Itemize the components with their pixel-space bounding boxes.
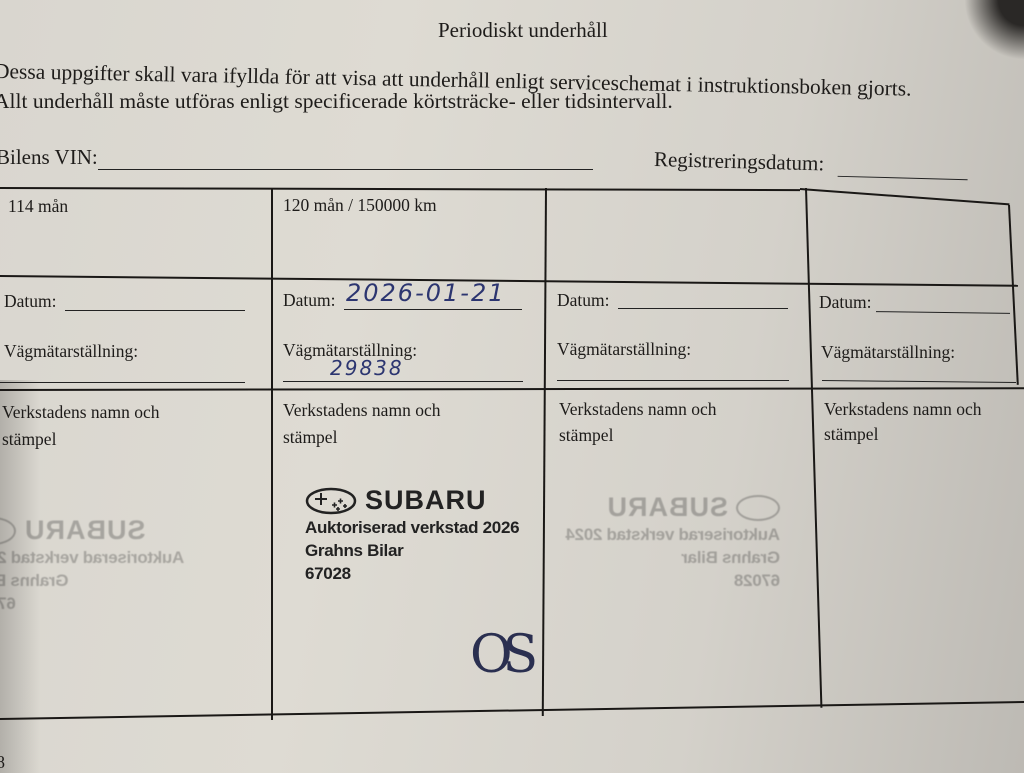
table-border-bottom [0,701,1024,720]
workshop-stamp: SUBARU Auktoriserad verkstad 2026 Grahns… [305,485,519,585]
date-label: Datum: [819,292,872,313]
table-border-top [0,187,800,191]
ghost-stamp-line1: Auktoriserad verkstad 2024 [560,523,780,546]
vin-label: Bilens VIN: [0,145,98,169]
ghost-stamp-line3: 67028 [0,592,210,615]
ghost-stamp-line2: Grahns Bilar [560,546,780,569]
odometer-label: Vägmätarställning: [557,339,691,360]
registration-date-field[interactable]: Registreringsdatum: [654,147,968,180]
odometer-label: Vägmätarställning: [821,342,955,363]
odometer-input-line[interactable] [283,381,523,382]
ghost-stamp-2: SUBARU Auktoriserad verkstad 2024 Grahns… [560,492,780,592]
workshop-label: Verkstadens namn och [283,400,440,421]
stamp-line1: Auktoriserad verkstad 2026 [305,516,519,539]
subaru-logo-icon [0,517,16,545]
stamp-line3: 67028 [305,562,519,585]
ghost-stamp-line1: Auktoriserad verkstad 2026 [0,546,210,569]
workshop-label-2: stämpel [824,424,878,445]
page-shadow [964,0,1024,60]
column-divider-3 [805,188,822,708]
ghost-stamp-1: SUBARU Auktoriserad verkstad 2026 Grahns… [0,515,210,615]
row-divider-2 [0,387,1024,391]
odometer-label: Vägmätarställning: [4,341,138,362]
interval-label: 114 mån [8,196,68,217]
column-divider-2 [542,188,547,716]
subaru-logo-icon [736,495,780,521]
workshop-label: Verkstadens namn och [824,399,981,420]
workshop-label-2: stämpel [559,425,613,446]
date-value-handwritten[interactable]: 2026-01-21 [346,279,505,307]
page-title: Periodiskt underhåll [438,18,608,43]
workshop-label: Verkstadens namn och [559,399,716,420]
ghost-stamp-line2: Grahns Bilar [0,569,210,592]
signature-initials: OS [470,625,528,685]
odometer-value-handwritten[interactable]: 29838 [330,356,404,380]
date-input-line[interactable] [618,308,788,309]
date-label: Datum: [283,290,336,311]
workshop-label-2: stämpel [2,429,56,450]
page-number: 8 [0,752,5,773]
intro-text: Dessa uppgifter skall vara ifyllda för a… [0,56,912,116]
odometer-input-line[interactable] [0,382,245,383]
workshop-label-2: stämpel [283,427,337,448]
date-label: Datum: [557,290,610,311]
ghost-stamp-line3: 67028 [560,569,780,592]
registration-date-label: Registreringsdatum: [654,147,825,175]
column-divider-1 [271,188,273,720]
date-input-line[interactable] [876,311,1010,314]
interval-label: 120 mån / 150000 km [283,195,437,216]
date-label: Datum: [4,291,57,312]
odometer-input-line[interactable] [822,380,1016,383]
subaru-logo-icon [305,487,357,515]
vin-input-line[interactable] [98,149,593,170]
workshop-label: Verkstadens namn och [2,402,159,423]
row-divider-1 [0,275,1018,287]
date-input-line[interactable] [344,309,522,310]
date-input-line[interactable] [65,310,245,311]
stamp-brand: SUBARU [365,485,487,516]
stamp-line2: Grahns Bilar [305,539,519,562]
ghost-stamp-brand: SUBARU [24,515,146,546]
ghost-stamp-brand: SUBARU [606,492,728,523]
odometer-input-line[interactable] [557,380,789,381]
table-border-top-right [800,188,1010,205]
registration-date-input-line[interactable] [837,156,968,180]
table-border-right [1008,205,1019,385]
vin-field[interactable]: Bilens VIN: [0,145,593,170]
